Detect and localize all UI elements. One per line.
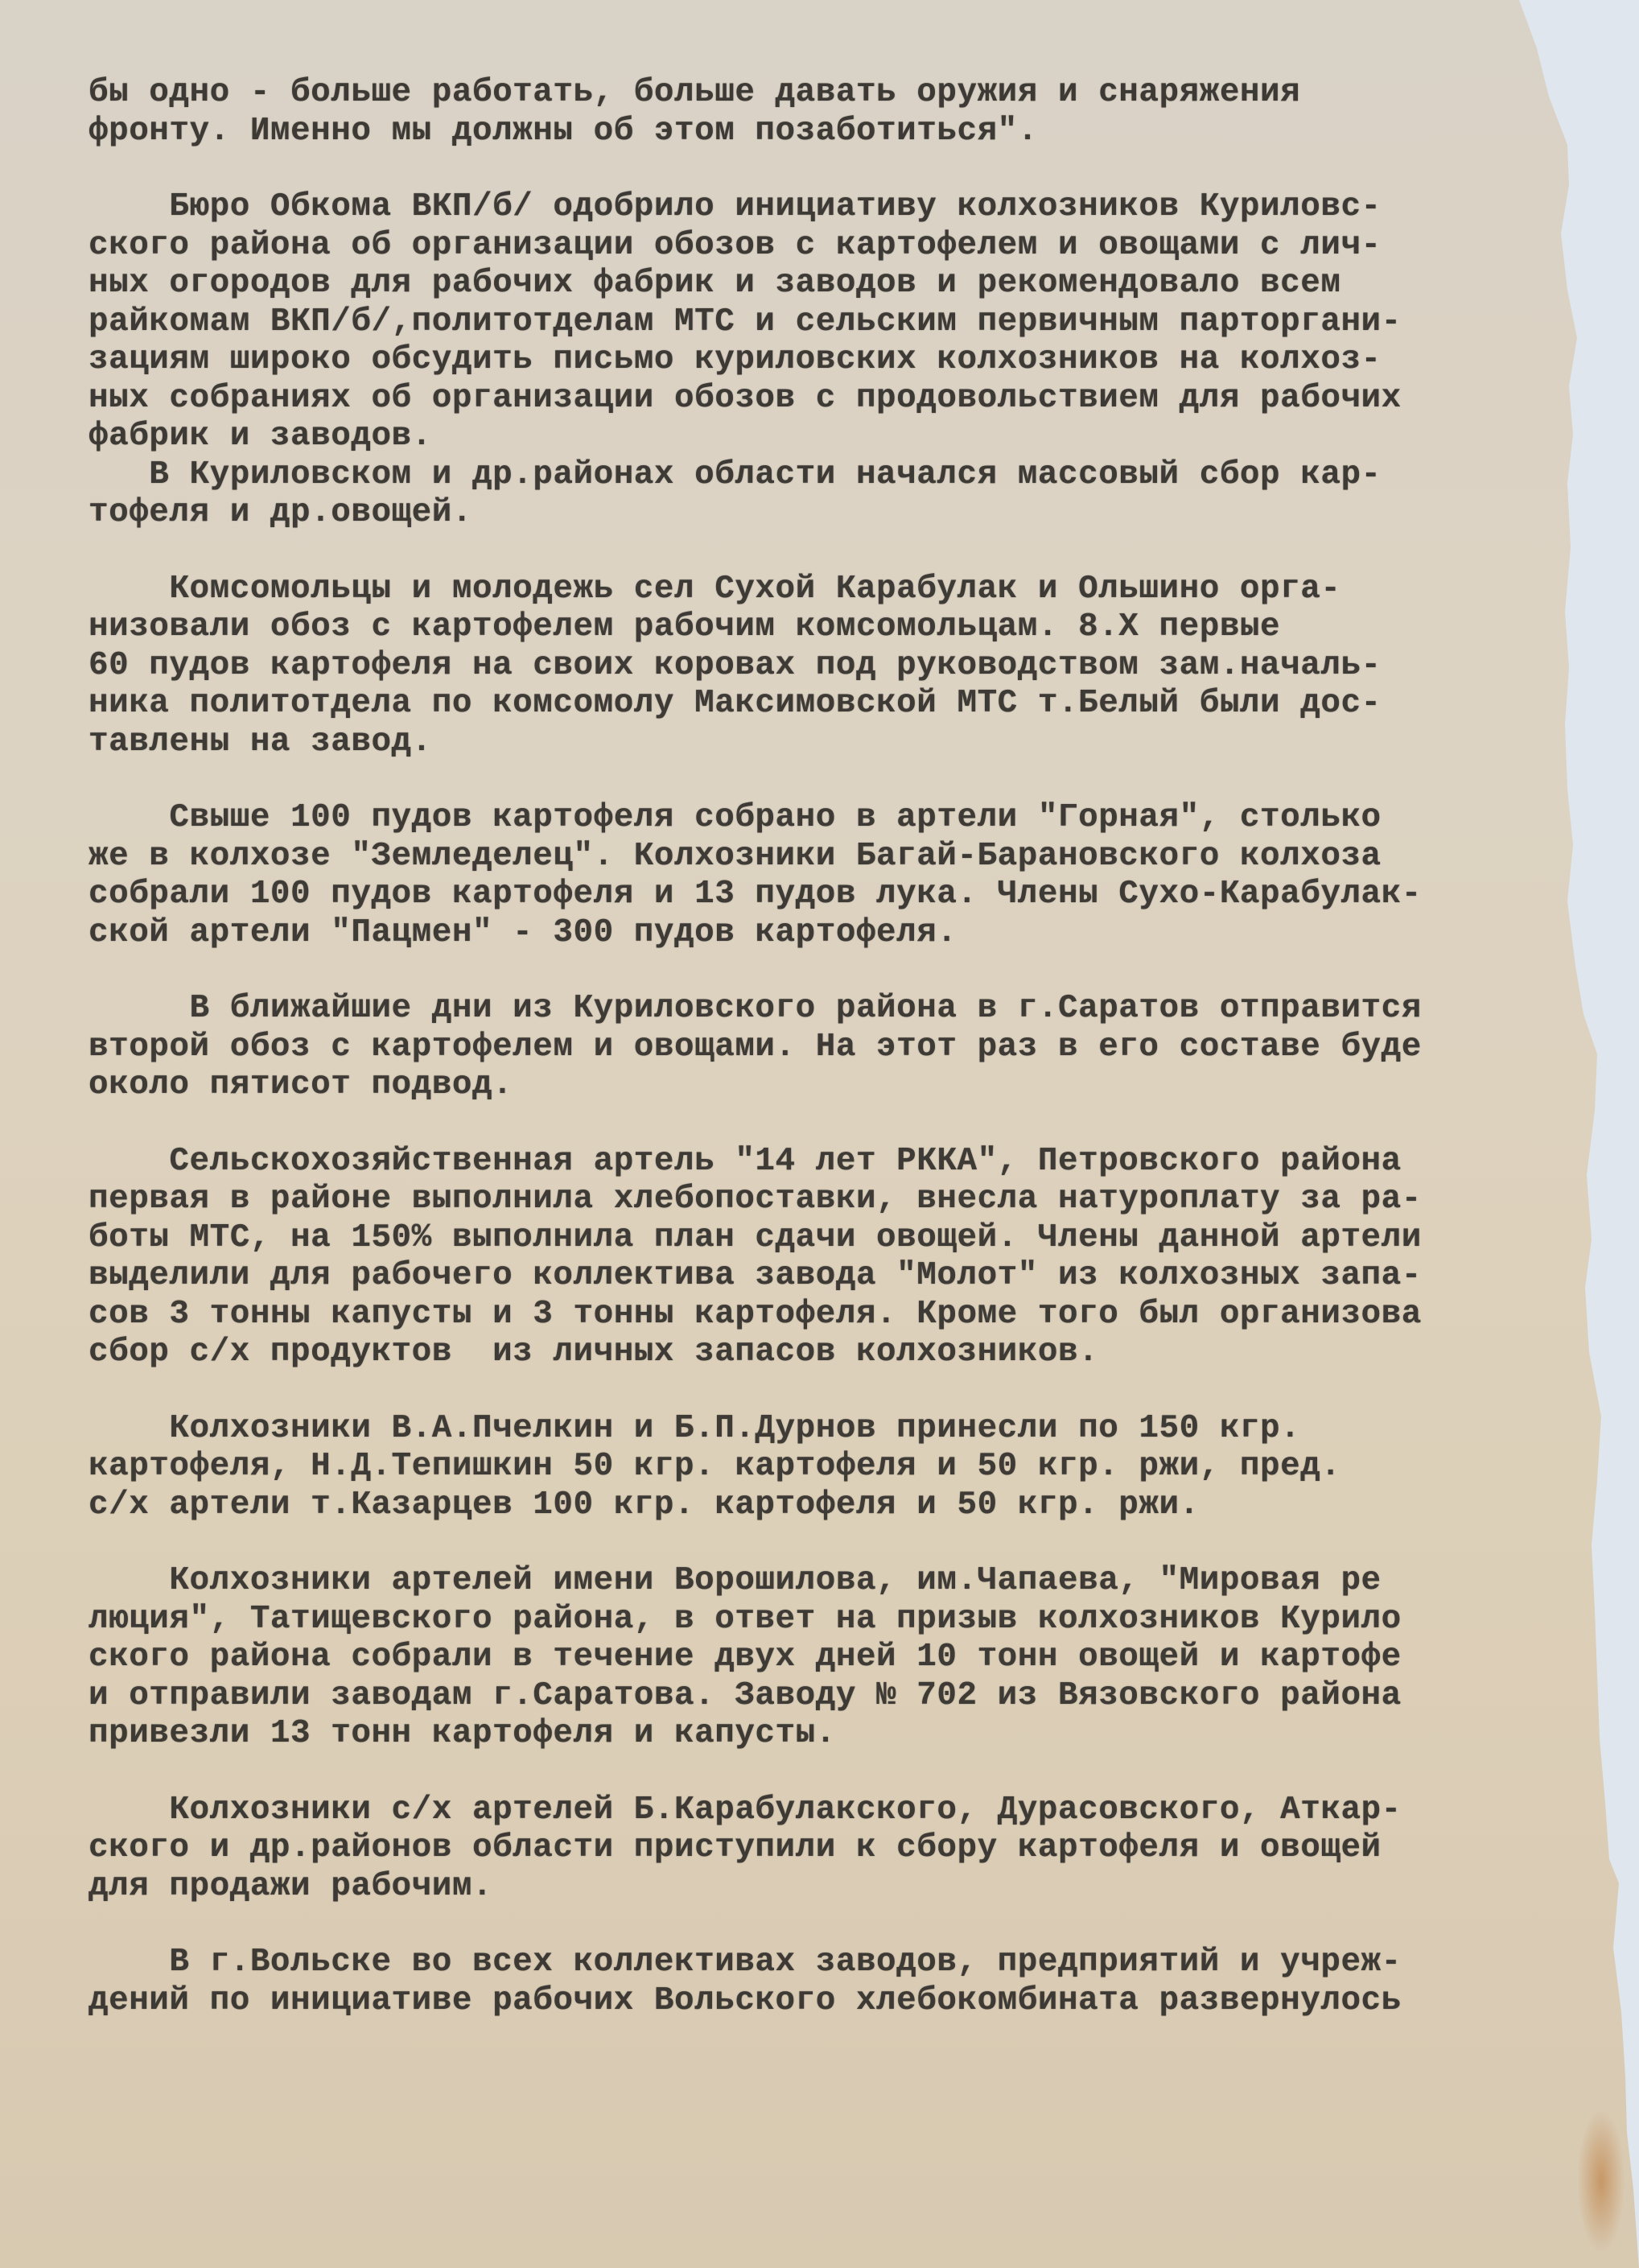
text-line: около пятисот подвод. — [89, 1066, 1609, 1105]
text-line: В г.Вольске во всех коллективах заводов,… — [89, 1944, 1609, 1982]
text-line: В ближайшие дни из Куриловского района в… — [89, 990, 1609, 1029]
paper-stain — [1577, 2109, 1625, 2254]
text-line: ского и др.районов области приступили к … — [89, 1829, 1609, 1868]
paragraph-3: В Куриловском и др.районах области начал… — [89, 456, 1609, 533]
text-line: В Куриловском и др.районах области начал… — [89, 456, 1609, 495]
text-line: Колхозники артелей имени Ворошилова, им.… — [89, 1562, 1609, 1601]
text-line: Свыше 100 пудов картофеля собрано в арте… — [89, 799, 1609, 838]
paragraph-5: Свыше 100 пудов картофеля собрано в арте… — [89, 799, 1609, 952]
text-line: ника политотдела по комсомолу Максимовск… — [89, 685, 1609, 724]
document-body: бы одно - больше работать, больше давать… — [89, 74, 1609, 2020]
text-line: зациям широко обсудить письмо куриловски… — [89, 341, 1609, 380]
text-line: райкомам ВКП/б/,политотделам МТС и сельс… — [89, 303, 1609, 342]
text-line: картофеля, Н.Д.Тепишкин 50 кгр. картофел… — [89, 1448, 1609, 1487]
paragraph-7: Сельскохозяйственная артель "14 лет РККА… — [89, 1143, 1609, 1372]
text-line: Колхозники В.А.Пчелкин и Б.П.Дурнов прин… — [89, 1410, 1609, 1449]
text-line: люция", Татищевского района, в ответ на … — [89, 1601, 1609, 1639]
text-line: сбор с/х продуктов из личных запасов кол… — [89, 1334, 1609, 1372]
text-line: Колхозники с/х артелей Б.Карабулакского,… — [89, 1792, 1609, 1830]
text-line: фабрик и заводов. — [89, 418, 1609, 456]
paragraph-11: В г.Вольске во всех коллективах заводов,… — [89, 1944, 1609, 2020]
text-line: ных огородов для рабочих фабрик и заводо… — [89, 265, 1609, 303]
paragraph-6: В ближайшие дни из Куриловского района в… — [89, 990, 1609, 1105]
paragraph-2: Бюро Обкома ВКП/б/ одобрило инициативу к… — [89, 188, 1609, 456]
text-line: 60 пудов картофеля на своих коровах под … — [89, 647, 1609, 686]
text-line: дений по инициативе рабочих Вольского хл… — [89, 1982, 1609, 2021]
text-line: тофеля и др.овощей. — [89, 494, 1609, 533]
typewritten-page: бы одно - больше работать, больше давать… — [0, 0, 1639, 2268]
text-line: ского района об организации обозов с кар… — [89, 227, 1609, 266]
text-line: сов 3 тонны капусты и 3 тонны картофеля.… — [89, 1296, 1609, 1334]
text-line: с/х артели т.Казарцев 100 кгр. картофеля… — [89, 1487, 1609, 1525]
text-line: выделили для рабочего коллектива завода … — [89, 1257, 1609, 1296]
text-line: боты МТС, на 150% выполнила план сдачи о… — [89, 1219, 1609, 1258]
text-line: собрали 100 пудов картофеля и 13 пудов л… — [89, 876, 1609, 914]
text-line: бы одно - больше работать, больше давать… — [89, 74, 1609, 113]
paragraph-1: бы одно - больше работать, больше давать… — [89, 74, 1609, 151]
text-line: Сельскохозяйственная артель "14 лет РККА… — [89, 1143, 1609, 1181]
text-line: Бюро Обкома ВКП/б/ одобрило инициативу к… — [89, 188, 1609, 227]
text-line: низовали обоз с картофелем рабочим комсо… — [89, 608, 1609, 647]
text-line: тавлены на завод. — [89, 724, 1609, 762]
text-line: ской артели "Пацмен" - 300 пудов картофе… — [89, 914, 1609, 953]
text-line: ского района собрали в течение двух дней… — [89, 1639, 1609, 1677]
text-line: и отправили заводам г.Саратова. Заводу №… — [89, 1677, 1609, 1716]
paragraph-8: Колхозники В.А.Пчелкин и Б.П.Дурнов прин… — [89, 1410, 1609, 1525]
text-line: первая в районе выполнила хлебопоставки,… — [89, 1181, 1609, 1219]
text-line: Комсомольцы и молодежь сел Сухой Карабул… — [89, 571, 1609, 609]
text-line: для продажи рабочим. — [89, 1868, 1609, 1907]
text-line: ных собраниях об организации обозов с пр… — [89, 380, 1609, 419]
text-line: же в колхозе "Земледелец". Колхозники Ба… — [89, 838, 1609, 876]
text-line: второй обоз с картофелем и овощами. На э… — [89, 1029, 1609, 1067]
paragraph-9: Колхозники артелей имени Ворошилова, им.… — [89, 1562, 1609, 1754]
paragraph-4: Комсомольцы и молодежь сел Сухой Карабул… — [89, 571, 1609, 762]
text-line: фронту. Именно мы должны об этом позабот… — [89, 113, 1609, 151]
text-line: привезли 13 тонн картофеля и капусты. — [89, 1715, 1609, 1754]
paragraph-10: Колхозники с/х артелей Б.Карабулакского,… — [89, 1792, 1609, 1907]
